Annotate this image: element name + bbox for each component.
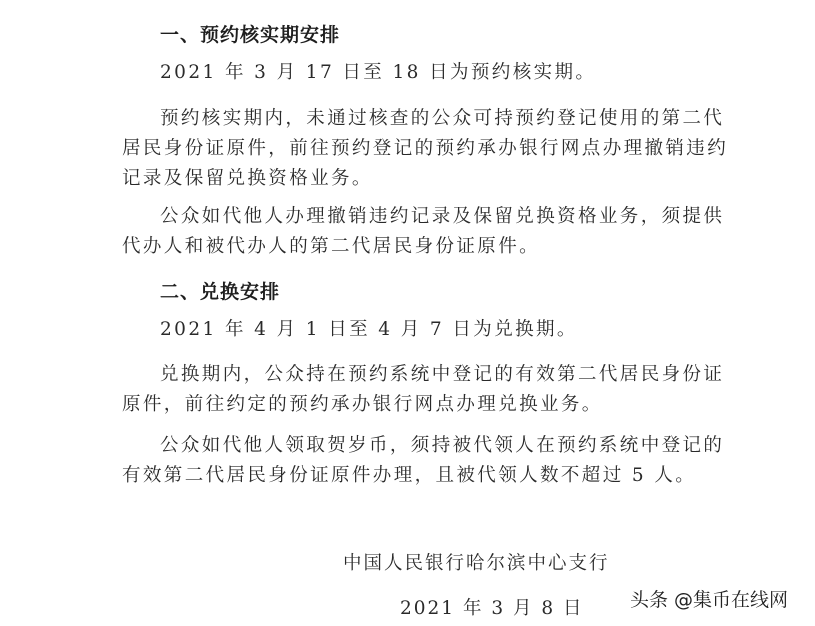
paragraph-verification-period: 2021 年 3 月 17 日至 18 日为预约核实期。 [160, 58, 738, 88]
section-heading-reservation-verification: 一、预约核实期安排 [160, 20, 340, 47]
text-line: 记录及保留兑换资格业务。 [122, 164, 700, 194]
paragraph-verification-details: 预约核实期内，未通过核查的公众可持预约登记使用的第二代 居民身份证原件，前往预约… [122, 104, 700, 194]
text-line: 预约核实期内，未通过核查的公众可持预约登记使用的第二代 [122, 104, 700, 134]
paragraph-exchange-period: 2021 年 4 月 1 日至 4 月 7 日为兑换期。 [160, 315, 738, 345]
paragraph-proxy-exchange: 公众如代他人领取贺岁币，须持被代领人在预约系统中登记的 有效第二代居民身份证原件… [122, 431, 700, 491]
issue-date: 2021 年 3 月 8 日 [400, 594, 584, 620]
text-line: 原件，前往约定的预约承办银行网点办理兑换业务。 [122, 390, 700, 420]
paragraph-exchange-details: 兑换期内，公众持在预约系统中登记的有效第二代居民身份证 原件，前往约定的预约承办… [122, 360, 700, 420]
text-line: 公众如代他人领取贺岁币，须持被代领人在预约系统中登记的 [122, 431, 700, 461]
paragraph-proxy-verification: 公众如代他人办理撤销违约记录及保留兑换资格业务，须提供 代办人和被代办人的第二代… [122, 202, 700, 262]
section-heading-exchange: 二、兑换安排 [160, 277, 280, 304]
text-line: 居民身份证原件，前往预约登记的预约承办银行网点办理撤销违约 [122, 134, 700, 164]
text-line: 公众如代他人办理撤销违约记录及保留兑换资格业务，须提供 [122, 202, 700, 232]
text-line: 代办人和被代办人的第二代居民身份证原件。 [122, 232, 700, 262]
text-line: 兑换期内，公众持在预约系统中登记的有效第二代居民身份证 [122, 360, 700, 390]
text-line: 2021 年 3 月 17 日至 18 日为预约核实期。 [160, 58, 738, 88]
issuer-signature: 中国人民银行哈尔滨中心支行 [343, 549, 610, 575]
text-line: 有效第二代居民身份证原件办理，且被代领人数不超过 5 人。 [122, 461, 700, 491]
watermark: 头条 @集币在线网 [630, 585, 788, 612]
text-line: 2021 年 4 月 1 日至 4 月 7 日为兑换期。 [160, 315, 738, 345]
